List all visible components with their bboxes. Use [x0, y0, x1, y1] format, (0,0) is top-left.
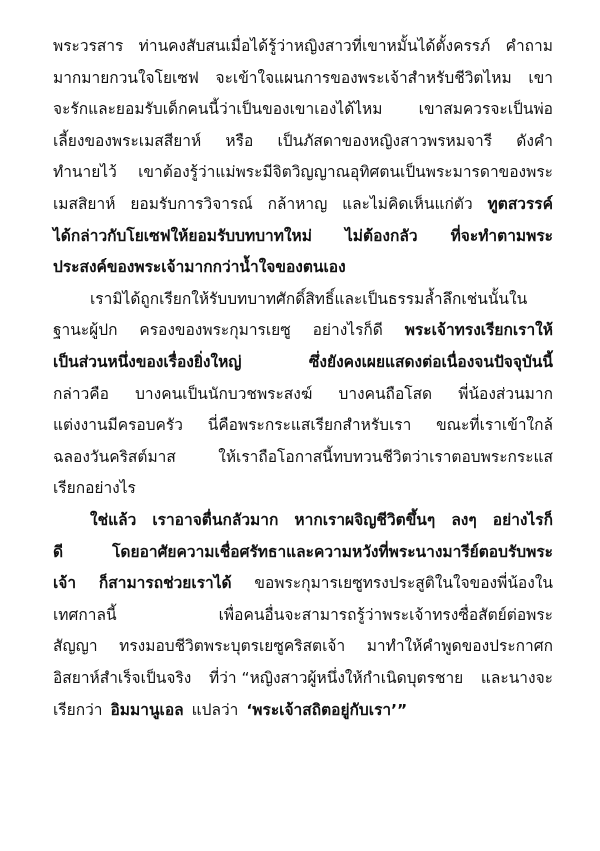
body-text: ทำนายไว้: [53, 157, 117, 187]
body-text: ฐานะผู้ปก: [53, 315, 117, 345]
space: [103, 695, 111, 725]
body-text: คำถาม: [506, 31, 553, 61]
document-page: พระวรสารท่านคงสับสนเมื่อได้รู้ว่าหญิงสาว…: [0, 0, 600, 851]
bold-text: ก็สามารถช่วยเราได้: [99, 568, 232, 598]
text-line: เจ้าก็สามารถช่วยเราได้ขอพระกุมารเยซูทรงป…: [53, 568, 553, 598]
text-line: อิสยาห์สำเร็จเป็นจริงที่ว่า “หญิงสาวผู้ห…: [53, 663, 553, 693]
body-text: จะเข้าใจแผนการของพระเจ้าสำหรับชีวิตไหม: [216, 63, 512, 93]
text-line: ดีโดยอาศัยความเชื่อศรัทธาและความหวังที่พ…: [53, 537, 553, 567]
body-text: ขณะที่เราเข้าใกล้: [436, 410, 553, 440]
body-text: เมสสิยาห์: [53, 189, 115, 219]
bold-text: เป็นส่วนหนึ่งของเรื่องยิ่งใหญ่: [53, 347, 242, 377]
bold-text: ที่จะทำตามพระ: [451, 221, 553, 251]
bold-text: ใช่แล้ว: [90, 505, 136, 535]
body-text: กล้าหาญ: [268, 189, 328, 219]
body-text: และไม่คิดเห็นแก่ตัว: [342, 189, 473, 219]
body-text: และนางจะ: [481, 663, 553, 693]
body-text: เลี้ยงของพระเมสสียาห์: [53, 126, 201, 156]
bold-text: พระเจ้าทรงเรียกเราให้: [405, 315, 553, 345]
body-text: ขอพระกุมารเยซูทรงประสูติในใจของพี่น้องใน: [254, 568, 553, 598]
space: [184, 695, 192, 725]
text-line: จะรักและยอมรับเด็กคนนี้ว่าเป็นของเขาเองไ…: [53, 94, 553, 124]
text-line: กล่าวคือบางคนเป็นนักบวชพระสงฆ์บางคนถือโส…: [53, 379, 553, 409]
bold-text: ได้กล่าวกับโยเซฟให้ยอมรับบทบาทใหม่: [53, 221, 312, 251]
body-text: ท่านคงสับสนเมื่อได้รู้ว่าหญิงสาวที่เขาหม…: [139, 31, 491, 61]
body-text: ให้เราถือโอกาสนี้ทบทวนชีวิตว่าเราตอบพระก…: [218, 442, 553, 472]
body-text: หรือ: [225, 126, 253, 156]
body-text: เรียกว่า: [53, 695, 103, 725]
body-text: นี่คือพระกระแสเรียกสำหรับเรา: [208, 410, 412, 440]
text-line: เทศกาลนี้เพื่อคนอื่นจะสามารถรู้ว่าพระเจ้…: [53, 600, 553, 630]
body-text: กล่าวคือ: [53, 379, 109, 409]
text-line: เมสสิยาห์ยอมรับการวิจารณ์กล้าหาญและไม่คิ…: [53, 189, 553, 219]
bold-text: อิมมานูเอล: [111, 695, 184, 725]
text-line: ทำนายไว้เขาต้องรู้ว่าแม่พระมีจิตวิญญาณอุ…: [53, 157, 553, 187]
text-line: เป็นส่วนหนึ่งของเรื่องยิ่งใหญ่ซึ่งยังคงเ…: [53, 347, 553, 377]
text-line: เรามิได้ถูกเรียกให้รับบทบาทศักดิ์สิทธิ์แ…: [90, 284, 553, 314]
body-text: พี่น้องส่วนมาก: [458, 379, 553, 409]
body-text: บางคนถือโสด: [338, 379, 432, 409]
body-text: แปลว่า: [192, 695, 239, 725]
text-line: ใช่แล้วเราอาจตื่นกลัวมากหากเราผจิญชีวิตข…: [90, 505, 553, 535]
bold-text: หากเราผจิญชีวิตขึ้นๆ: [294, 505, 435, 535]
body-text: จะรักและยอมรับเด็กคนนี้ว่าเป็นของเขาเองไ…: [53, 94, 383, 124]
bold-text: ‘พระเจ้าสถิตอยู่กับเรา’”: [246, 695, 407, 725]
body-text: เขาต้องรู้ว่าแม่พระมีจิตวิญญาณอุทิศตนเป็…: [138, 157, 553, 187]
body-text: ทรงมอบชีวิตพระบุตรเยซูคริสตเจ้า: [119, 631, 345, 661]
text-line: ประสงค์ของพระเจ้ามากกว่าน้ำใจของตนเอง: [53, 252, 553, 282]
body-text: อิสยาห์สำเร็จเป็นจริง: [53, 663, 191, 693]
bold-text: ทูตสวรรค์: [488, 189, 553, 219]
text-line: เรียกว่าอิมมานูเอลแปลว่า‘พระเจ้าสถิตอยู่…: [53, 695, 553, 725]
text-line: ฐานะผู้ปกครองของพระกุมารเยซูอย่างไรก็ดีพ…: [53, 315, 553, 345]
body-text: มากมายกวนใจโยเซฟ: [53, 63, 199, 93]
bold-text: ซึ่งยังคงเผยแสดงต่อเนื่องจนปัจจุบันนี้: [309, 347, 553, 377]
bold-text: อย่างไรก็: [493, 505, 553, 535]
text-line: แต่งงานมีครอบครัวนี่คือพระกระแสเรียกสำหร…: [53, 410, 553, 440]
bold-text: ลงๆ: [451, 505, 476, 535]
bold-text: โดยอาศัยความเชื่อศรัทธาและความหวังที่พระ…: [112, 537, 553, 567]
body-text: มาทำให้คำพูดของประกาศก: [367, 631, 553, 661]
text-line: เรียกอย่างไร: [53, 473, 553, 503]
bold-text: ประสงค์ของพระเจ้ามากกว่าน้ำใจของตนเอง: [53, 252, 346, 282]
body-text: เขา: [528, 63, 553, 93]
body-text: เรียกอย่างไร: [53, 473, 136, 503]
bold-text: เจ้า: [53, 568, 76, 598]
space: [238, 695, 246, 725]
body-text: เพื่อคนอื่นจะสามารถรู้ว่าพระเจ้าทรงซื่อส…: [219, 600, 553, 630]
text-line: เลี้ยงของพระเมสสียาห์หรือเป็นภัสดาของหญิ…: [53, 126, 553, 156]
body-text: เขาสมควรจะเป็นพ่อ: [419, 94, 553, 124]
body-text: เรามิได้ถูกเรียกให้รับบทบาทศักดิ์สิทธิ์แ…: [90, 284, 527, 314]
body-text: เป็นภัสดาของหญิงสาวพรหมจารี: [277, 126, 492, 156]
text-line: สัญญาทรงมอบชีวิตพระบุตรเยซูคริสตเจ้ามาทำ…: [53, 631, 553, 661]
body-text: เทศกาลนี้: [53, 600, 117, 630]
bold-text: เราอาจตื่นกลัวมาก: [152, 505, 278, 535]
bold-text: ไม่ต้องกลัว: [345, 221, 418, 251]
body-text: ฉลองวันคริสต์มาส: [53, 442, 176, 472]
body-text: ครองของพระกุมารเยซู: [139, 315, 290, 345]
text-line: ได้กล่าวกับโยเซฟให้ยอมรับบทบาทใหม่ไม่ต้อ…: [53, 221, 553, 251]
body-text: ยอมรับการวิจารณ์: [130, 189, 252, 219]
body-text: ดังคำ: [516, 126, 553, 156]
body-text: สัญญา: [53, 631, 98, 661]
body-text: ที่ว่า “หญิงสาวผู้หนึ่งให้กำเนิดบุตรชาย: [209, 663, 463, 693]
body-text: แต่งงานมีครอบครัว: [53, 410, 183, 440]
bold-text: ดี: [53, 537, 63, 567]
body-text: พระวรสาร: [53, 31, 123, 61]
body-text: บางคนเป็นนักบวชพระสงฆ์: [135, 379, 312, 409]
text-line: พระวรสารท่านคงสับสนเมื่อได้รู้ว่าหญิงสาว…: [53, 31, 553, 61]
body-text: อย่างไรก็ดี: [313, 315, 383, 345]
text-line: ฉลองวันคริสต์มาสให้เราถือโอกาสนี้ทบทวนชี…: [53, 442, 553, 472]
text-line: มากมายกวนใจโยเซฟจะเข้าใจแผนการของพระเจ้า…: [53, 63, 553, 93]
